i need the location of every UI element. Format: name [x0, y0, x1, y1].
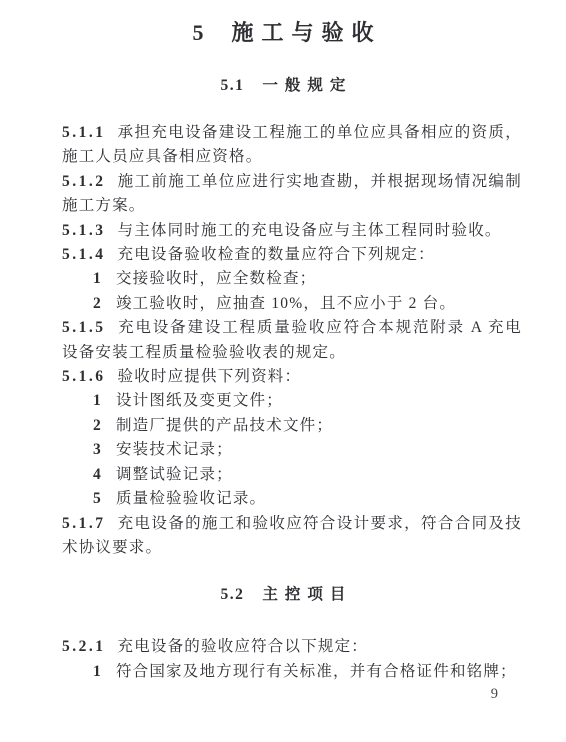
page-number: 9 — [491, 686, 498, 702]
list-item-5-1-6-2: 2制造厂提供的产品技术文件； — [62, 414, 522, 438]
chapter-title: 施工与验收 — [231, 20, 381, 45]
item-text: 交接验收时，应全数检查； — [116, 270, 316, 287]
item-number: 2 — [93, 417, 102, 434]
clause-5-2-1: 5.2.1充电设备的验收应符合以下规定： — [62, 635, 522, 659]
clause-text: 承担充电设备建设工程施工的单位应具备相应的资质，施工人员应具备相应资格。 — [62, 124, 522, 165]
clause-text: 验收时应提供下列资料： — [118, 368, 302, 385]
clause-5-1-2: 5.1.2施工前施工单位应进行实地查勘，并根据现场情况编制施工方案。 — [62, 170, 522, 219]
item-text: 调整试验记录； — [116, 466, 233, 483]
section-title: 一般规定 — [262, 77, 352, 94]
list-item-5-1-4-2: 2竣工验收时，应抽查 10%，且不应小于 2 台。 — [62, 292, 522, 316]
item-text: 竣工验收时，应抽查 10%，且不应小于 2 台。 — [116, 295, 456, 312]
list-item-5-1-6-1: 1设计图纸及变更文件； — [62, 389, 522, 413]
clause-5-1-4: 5.1.4充电设备验收检查的数量应符合下列规定： — [62, 243, 522, 267]
section-title: 主控项目 — [262, 586, 352, 603]
clause-5-1-7: 5.1.7充电设备的施工和验收应符合设计要求，符合合同及技术协议要求。 — [62, 512, 522, 561]
clause-text: 施工前施工单位应进行实地查勘，并根据现场情况编制施工方案。 — [62, 173, 522, 214]
chapter-heading: 5施工与验收 — [0, 20, 566, 46]
clause-5-1-3: 5.1.3与主体同时施工的充电设备应与主体工程同时验收。 — [62, 219, 522, 243]
chapter-number: 5 — [192, 20, 203, 45]
item-text: 符合国家及地方现行有关标准，并有合格证件和铭牌； — [116, 663, 517, 680]
section-number: 5.1 — [221, 77, 245, 94]
clause-text: 充电设备建设工程质量验收应符合本规范附录 A 充电设备安装工程质量检验验收表的规… — [62, 319, 522, 360]
clause-5-1-1: 5.1.1承担充电设备建设工程施工的单位应具备相应的资质，施工人员应具备相应资格… — [62, 121, 522, 170]
item-text: 质量检验验收记录。 — [116, 490, 266, 507]
clause-5-1-5: 5.1.5充电设备建设工程质量验收应符合本规范附录 A 充电设备安装工程质量检验… — [62, 316, 522, 365]
clause-number: 5.1.6 — [62, 368, 106, 385]
item-number: 5 — [93, 490, 102, 507]
section-5-2-body: 5.2.1充电设备的验收应符合以下规定： 1符合国家及地方现行有关标准，并有合格… — [62, 635, 522, 684]
item-number: 1 — [93, 663, 102, 680]
clause-number: 5.1.5 — [62, 319, 106, 336]
list-item-5-2-1-1: 1符合国家及地方现行有关标准，并有合格证件和铭牌； — [62, 660, 522, 684]
document-page: 5施工与验收 5.1一般规定 5.1.1承担充电设备建设工程施工的单位应具备相应… — [0, 0, 566, 742]
section-heading-5-2: 5.2主控项目 — [0, 586, 566, 603]
item-number: 1 — [93, 392, 102, 409]
item-number: 4 — [93, 466, 102, 483]
item-number: 3 — [93, 441, 102, 458]
list-item-5-1-6-4: 4调整试验记录； — [62, 463, 522, 487]
item-number: 1 — [93, 270, 102, 287]
clause-number: 5.1.7 — [62, 515, 106, 532]
list-item-5-1-6-3: 3安装技术记录； — [62, 438, 522, 462]
clause-number: 5.1.4 — [62, 246, 106, 263]
clause-number: 5.1.1 — [62, 124, 106, 141]
clause-text: 与主体同时施工的充电设备应与主体工程同时验收。 — [118, 222, 502, 239]
section-5-1-body: 5.1.1承担充电设备建设工程施工的单位应具备相应的资质，施工人员应具备相应资格… — [62, 121, 522, 560]
section-heading-5-1: 5.1一般规定 — [0, 77, 566, 94]
clause-5-1-6: 5.1.6验收时应提供下列资料： — [62, 365, 522, 389]
clause-number: 5.2.1 — [62, 638, 106, 655]
item-number: 2 — [93, 295, 102, 312]
clause-number: 5.1.3 — [62, 222, 106, 239]
item-text: 安装技术记录； — [116, 441, 233, 458]
item-text: 制造厂提供的产品技术文件； — [116, 417, 333, 434]
list-item-5-1-4-1: 1交接验收时，应全数检查； — [62, 267, 522, 291]
list-item-5-1-6-5: 5质量检验验收记录。 — [62, 487, 522, 511]
item-text: 设计图纸及变更文件； — [116, 392, 283, 409]
clause-text: 充电设备的施工和验收应符合设计要求，符合合同及技术协议要求。 — [62, 515, 522, 556]
section-number: 5.2 — [221, 586, 245, 603]
clause-number: 5.1.2 — [62, 173, 106, 190]
clause-text: 充电设备的验收应符合以下规定： — [118, 638, 369, 655]
clause-text: 充电设备验收检查的数量应符合下列规定： — [118, 246, 435, 263]
